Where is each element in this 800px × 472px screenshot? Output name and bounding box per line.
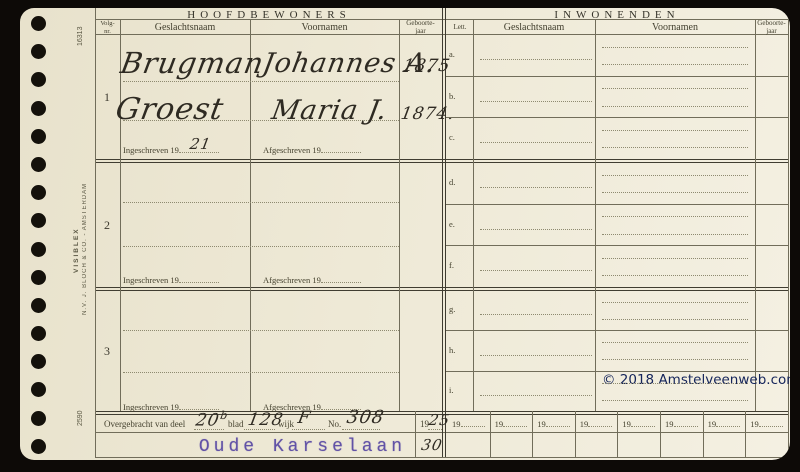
punch-hole xyxy=(31,129,46,144)
afgeschreven-label: Afgeschreven 19 xyxy=(263,275,321,285)
dotted-line xyxy=(123,81,399,82)
dotted-line xyxy=(602,64,748,65)
dotted-leader xyxy=(244,429,275,430)
table-line xyxy=(745,411,746,457)
punch-hole xyxy=(31,411,46,426)
dotted-line xyxy=(480,270,592,271)
deel-number: 20 xyxy=(194,411,221,431)
column-header-geslachtsnaam-right: Geslachtsnaam xyxy=(473,22,595,33)
table-line xyxy=(755,19,756,411)
column-header-volgnr-line2: nr. xyxy=(95,28,120,36)
street-name-stamp: Oude Karselaan xyxy=(155,437,450,457)
punch-hole xyxy=(31,298,46,313)
entry-birthyear-2: 1874. xyxy=(399,104,456,124)
punch-hole xyxy=(31,270,46,285)
punch-hole xyxy=(31,157,46,172)
table-line xyxy=(446,204,788,205)
year-cell-label: 19 xyxy=(495,419,504,429)
table-line xyxy=(473,19,474,411)
column-header-volgnr: Volg- nr. xyxy=(95,20,120,35)
dotted-line xyxy=(480,142,592,143)
table-line xyxy=(95,457,788,458)
register-card: 16313 VISIBLEX N.V. J. BLOCH & CO. - AMS… xyxy=(20,8,790,460)
punch-hole xyxy=(31,185,46,200)
overgebracht-deel-value: 20b xyxy=(194,409,230,431)
dotted-leader xyxy=(716,418,740,427)
dotted-line xyxy=(602,216,748,217)
year-cell: 19 xyxy=(452,418,485,429)
stationer-number-bottom: 2590 xyxy=(77,390,84,426)
table-line xyxy=(446,76,788,77)
dotted-line xyxy=(480,229,592,230)
dotted-line xyxy=(602,147,748,148)
column-header-voornamen-left: Voornamen xyxy=(250,22,399,33)
ingeschreven-label: Ingeschreven 19 xyxy=(123,275,179,285)
dotted-line xyxy=(123,330,399,331)
dotted-line xyxy=(602,383,748,384)
year-cell-label: 19 xyxy=(452,419,461,429)
dotted-line xyxy=(602,106,748,107)
year-cell-label: 19 xyxy=(750,419,759,429)
entry-given-2: Maria J. xyxy=(269,95,390,126)
dotted-leader xyxy=(292,429,325,430)
dotted-leader xyxy=(674,418,698,427)
table-line xyxy=(446,117,788,118)
dotted-line xyxy=(602,302,748,303)
punch-hole xyxy=(31,326,46,341)
year-cell-label: 19 xyxy=(708,419,717,429)
dotted-leader xyxy=(588,418,612,427)
dotted-line xyxy=(602,400,748,401)
ingeschreven-line: Ingeschreven 19 xyxy=(123,274,219,285)
dotted-leader xyxy=(179,274,219,283)
year-cell-label: 19 xyxy=(622,419,631,429)
punch-hole xyxy=(31,16,46,31)
dotted-line xyxy=(602,342,748,343)
overgebracht-blad-label: blad xyxy=(228,419,244,429)
dotted-line xyxy=(602,175,748,176)
afgeschreven-line: Afgeschreven 19 xyxy=(263,144,361,155)
punch-hole xyxy=(31,354,46,369)
overgebracht-year-value: 25 xyxy=(427,411,451,429)
year-cell-label: 19 xyxy=(580,419,589,429)
dotted-line xyxy=(602,47,748,48)
afgeschreven-line: Afgeschreven 19 xyxy=(263,274,361,285)
afgeschreven-label: Afgeschreven 19 xyxy=(263,145,321,155)
column-header-geboortejaar-line2: jaar xyxy=(399,28,442,36)
overgebracht-wijk-label: wijk xyxy=(278,419,294,429)
overgebracht-wijk-value: F xyxy=(296,408,312,428)
overgebracht-no-label: No. xyxy=(328,419,341,429)
dotted-line xyxy=(602,319,748,320)
entry-birthyear-1: 1875 xyxy=(401,56,452,76)
column-header-geboortejaar-right: Geboorte- jaar xyxy=(755,20,788,35)
dotted-line xyxy=(123,372,399,373)
year-cell: 19 xyxy=(665,418,698,429)
punch-hole xyxy=(31,44,46,59)
dotted-leader xyxy=(321,274,361,283)
dotted-line xyxy=(602,275,748,276)
punch-hole xyxy=(31,213,46,228)
punch-hole xyxy=(31,439,46,454)
column-header-geboortejaar-line2: jaar xyxy=(755,28,788,36)
table-line xyxy=(532,411,533,457)
dotted-leader xyxy=(321,144,361,153)
dotted-leader xyxy=(342,429,380,430)
row-letter: a. xyxy=(449,49,469,59)
row-number: 1 xyxy=(95,90,119,105)
row-letter: e. xyxy=(449,219,469,229)
overgebracht-label: Overgebracht van deel xyxy=(104,419,185,429)
table-line xyxy=(446,330,788,331)
table-line xyxy=(703,411,704,457)
table-line xyxy=(575,411,576,457)
stationer-brand: VISIBLEX xyxy=(73,188,80,273)
table-line xyxy=(788,8,789,457)
column-header-geslachtsnaam-left: Geslachtsnaam xyxy=(120,22,250,33)
dotted-leader xyxy=(631,418,655,427)
row-number: 3 xyxy=(95,344,119,359)
copyright-watermark: © 2018 Amstelveenweb.com xyxy=(602,372,790,388)
dotted-line xyxy=(480,187,592,188)
dotted-line xyxy=(602,359,748,360)
table-line xyxy=(490,411,491,457)
year-cell: 19 xyxy=(750,418,783,429)
dotted-line xyxy=(602,192,748,193)
dotted-line xyxy=(602,88,748,89)
section-title-inwonenden: INWONENDEN xyxy=(446,9,788,21)
ingeschreven-label: Ingeschreven 19 xyxy=(123,402,179,412)
dotted-leader xyxy=(503,418,527,427)
overgebracht-no-value: 308 xyxy=(345,407,386,428)
row-letter: d. xyxy=(449,177,469,187)
year-cell: 19 xyxy=(622,418,655,429)
dotted-line xyxy=(480,101,592,102)
column-header-geboortejaar-left: Geboorte- jaar xyxy=(399,20,442,35)
punch-hole xyxy=(31,242,46,257)
row-letter: b. xyxy=(449,91,469,101)
dotted-leader xyxy=(759,418,783,427)
dotted-line xyxy=(480,355,592,356)
dotted-leader xyxy=(461,418,485,427)
punch-hole xyxy=(31,72,46,87)
row-letter: h. xyxy=(449,345,469,355)
dotted-line xyxy=(480,314,592,315)
section-title-hoofdbewoners: HOOFDBEWONERS xyxy=(95,9,443,21)
row-letter: g. xyxy=(449,304,469,314)
stationer-number-top: 16313 xyxy=(77,10,84,46)
dotted-line xyxy=(602,130,748,131)
dotted-line xyxy=(480,59,592,60)
ingeschreven-label: Ingeschreven 19 xyxy=(123,145,179,155)
year-cell: 19 xyxy=(495,418,528,429)
punch-holes xyxy=(31,16,47,454)
row-letter: c. xyxy=(449,132,469,142)
dotted-line xyxy=(480,395,592,396)
dotted-leader xyxy=(428,429,442,430)
table-line xyxy=(617,411,618,457)
table-line xyxy=(595,19,596,411)
row-letter: i. xyxy=(449,385,469,395)
table-line xyxy=(446,371,788,372)
dotted-leader xyxy=(546,418,570,427)
year-cell-label: 19 xyxy=(537,419,546,429)
table-line xyxy=(446,245,788,246)
table-line xyxy=(660,411,661,457)
year-cell-label: 19 xyxy=(665,419,674,429)
column-header-voornamen-right: Voornamen xyxy=(595,22,755,33)
dotted-line xyxy=(123,246,399,247)
column-header-lett: Lett. xyxy=(447,24,473,32)
row-letter: f. xyxy=(449,260,469,270)
year-cell: 19 xyxy=(537,418,570,429)
row-number: 2 xyxy=(95,218,119,233)
dotted-leader xyxy=(194,429,224,430)
punch-hole xyxy=(31,101,46,116)
year-cell: 19 xyxy=(708,418,741,429)
dotted-line xyxy=(602,234,748,235)
dotted-line xyxy=(123,202,399,203)
stationer-company: N.V. J. BLOCH & CO. - AMSTERDAM xyxy=(82,150,88,315)
entry-surname-2: Groest xyxy=(113,92,227,127)
year-cell: 19 xyxy=(580,418,613,429)
entry-surname-1: Brugman xyxy=(118,46,267,80)
punch-hole xyxy=(31,382,46,397)
ingeschreven-year-value: 21 xyxy=(188,135,212,153)
column-header-volgnr-line1: Volg- xyxy=(95,20,120,28)
dotted-line xyxy=(602,258,748,259)
